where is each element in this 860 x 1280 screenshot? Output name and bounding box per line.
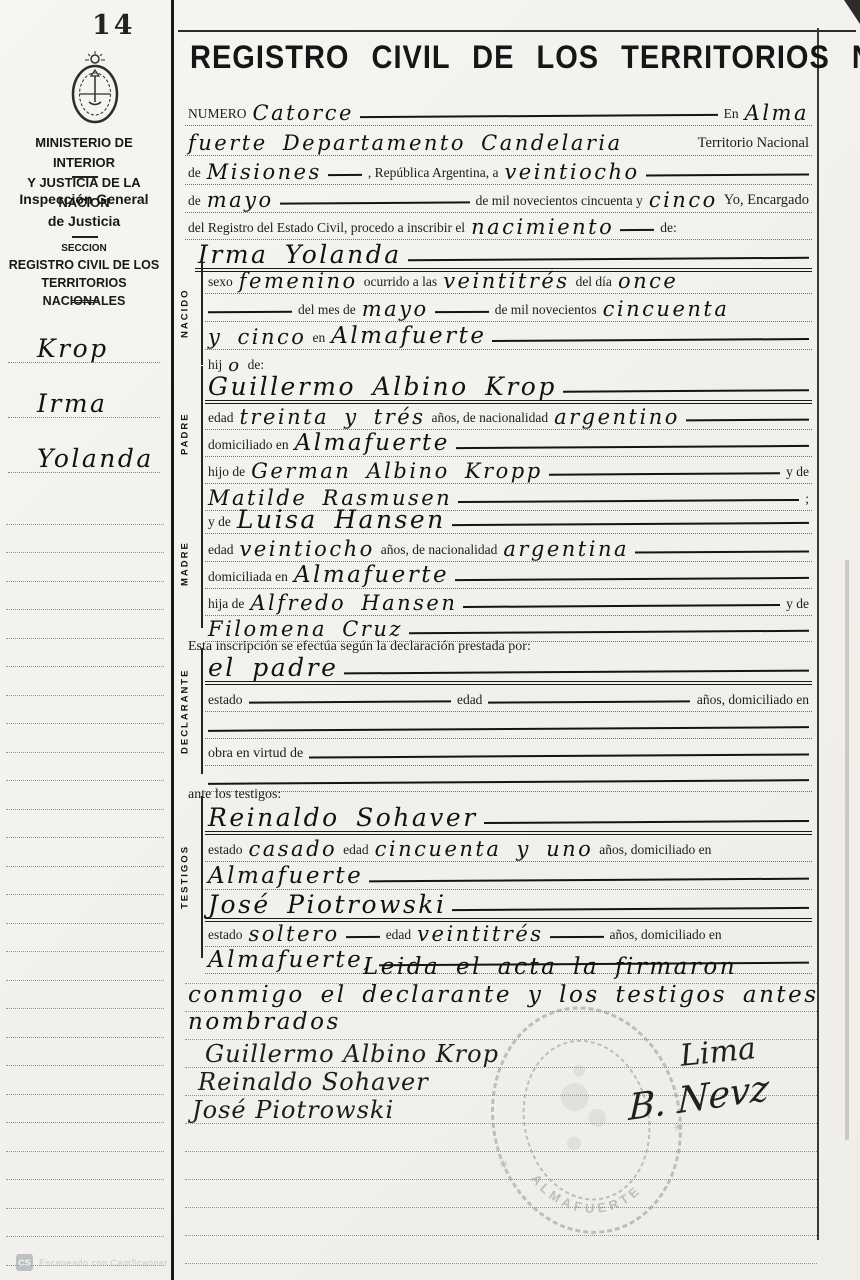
hand-dash: [449, 503, 812, 533]
section-label-testigos: TESTIGOS: [172, 796, 198, 958]
scan-corner-artifact: [844, 0, 860, 24]
section-label-madre: MADRE: [172, 500, 198, 628]
row-numero: NUMERO Catorce En Alma: [185, 95, 812, 126]
signature-right-1: Lima: [678, 1031, 757, 1074]
declarante-value: el padre: [205, 655, 341, 681]
numero-value: Catorce: [250, 103, 357, 125]
date-day-value: veintiocho: [501, 162, 642, 184]
row-sexo: sexo femenino ocurrido a las veintitrés …: [205, 263, 812, 294]
row-testigo1-nombre: Reinaldo Sohaver: [205, 797, 812, 835]
hand-dash: [246, 681, 454, 711]
testigo1-estado-value: casado: [246, 839, 341, 861]
inspeccion-line1: Inspección General: [4, 188, 164, 210]
section-bracket: [201, 648, 203, 774]
row-departamento: fuerte Departamento Candelaria Territori…: [185, 125, 812, 156]
hand-dash: [485, 681, 693, 711]
section-bracket: [201, 500, 203, 628]
hand-dash: [432, 291, 492, 321]
sidebar-divider: [72, 236, 98, 238]
row-testigo1-estado: estado casado edad cincuenta y uno años,…: [205, 831, 812, 862]
madre-nombre-value: Luisa Hansen: [234, 507, 449, 533]
sidebar-divider: [72, 176, 98, 178]
hand-dash: [489, 319, 812, 349]
scanner-watermark: CS Escaneado con CamScanner: [16, 1254, 168, 1271]
hand-dash: [343, 916, 383, 946]
inspeccion-line2: de Justicia: [4, 210, 164, 232]
place-value-part2: fuerte Departamento Candelaria: [185, 133, 626, 155]
hand-dash: [632, 531, 812, 561]
hand-dash: [481, 797, 812, 831]
right-border-line: [817, 28, 819, 1240]
hora-value: veintitrés: [440, 271, 572, 293]
left-column-divider: [171, 0, 174, 1280]
padre-nombre-value: Guillermo Albino Krop: [205, 374, 560, 400]
margin-surname: Krop: [34, 336, 112, 362]
margin-given-name1: Irma: [34, 391, 110, 417]
birth-certificate-scan: 14 MINISTERIO DE INTERIOR Y JUSTICIA DE …: [0, 0, 860, 1280]
territorio-value: Misiones: [204, 162, 325, 184]
scan-edge-streak: [845, 560, 849, 1140]
hand-dash: [643, 154, 812, 184]
testigo1-nombre-value: Reinaldo Sohaver: [205, 805, 481, 831]
signature-testigo2: José Piotrowski: [192, 1096, 394, 1124]
hand-dash: [547, 916, 607, 946]
testigo2-nombre-value: José Piotrowski: [205, 892, 449, 918]
coat-of-arms-icon: [58, 50, 132, 130]
form-title: REGISTRO CIVIL DE LOS TERRITORIOS NACION…: [190, 40, 814, 77]
hand-dash: [560, 366, 812, 400]
hand-dash: [325, 154, 365, 184]
section-label-nacido: NACIDO: [172, 262, 198, 365]
seccion-line1: REGISTRO CIVIL DE LOS: [4, 256, 164, 274]
hand-dash: [357, 95, 721, 125]
hand-dash: [452, 558, 812, 588]
closing-line1: Leida el acta la firmaron: [360, 954, 740, 981]
stamp-text: ALMAFUERTE: [527, 1151, 648, 1229]
margin-given-name2: Yolanda: [34, 446, 157, 472]
stamp-star-left: ✳: [498, 1156, 511, 1172]
seccion-label: SECCION: [4, 243, 164, 254]
territorio-label: Territorio Nacional: [695, 135, 812, 155]
row-madre-nombre: y de Luisa Hansen: [205, 503, 812, 534]
section-label-declarante: DECLARANTE: [172, 648, 198, 774]
hand-dash: [546, 453, 783, 483]
top-border-line: [178, 30, 856, 32]
mes-value: mayo: [359, 299, 432, 321]
section-label-padre: PADRE: [172, 366, 198, 502]
testigo1-edad-value: cincuenta y uno: [372, 839, 597, 861]
svg-text:ALMAFUERTE: ALMAFUERTE: [527, 1151, 648, 1229]
section-bracket: [201, 366, 203, 502]
sidebar-ruled-lines: [6, 496, 164, 1266]
hand-dash: [683, 399, 812, 429]
numero-label: NUMERO: [185, 106, 250, 125]
scanner-badge-icon: CS: [16, 1254, 33, 1271]
closing-line3: nombrados: [185, 1009, 344, 1036]
sexo-value: femenino: [236, 271, 361, 293]
en-label: En: [721, 106, 742, 125]
scanner-watermark-text: Escaneado con CamScanner: [39, 1258, 168, 1268]
page-number: 14: [92, 10, 136, 41]
anio-value1: cincuenta: [600, 299, 733, 321]
oval-stamp: ALMAFUERTE ✳ ✳: [447, 978, 728, 1267]
hand-dash: [205, 708, 812, 738]
dia-value: once: [615, 271, 681, 293]
ministry-title-line1: MINISTERIO DE INTERIOR: [4, 133, 164, 173]
section-bracket: [201, 262, 203, 365]
hand-dash: [453, 426, 812, 456]
section-bracket: [201, 796, 203, 958]
sidebar-divider: [72, 300, 98, 303]
seccion-line2: TERRITORIOS NACIONALES: [4, 274, 164, 310]
row-territorio: de Misiones , República Argentina, a vei…: [185, 154, 812, 185]
hand-dash: [341, 648, 812, 681]
hand-dash: [205, 291, 295, 321]
closing-line2: conmigo el declarante y los testigos ant…: [185, 982, 822, 1009]
row-declarante-valor: el padre: [205, 648, 812, 685]
hand-dash: [449, 885, 812, 918]
signature-padre: Guillermo Albino Krop: [205, 1040, 499, 1068]
signature-testigo1: Reinaldo Sohaver: [198, 1068, 429, 1096]
hand-dash: [277, 182, 473, 212]
place-value-part1: Alma: [742, 103, 812, 125]
row-mes: del mes de mayo de mil novecientos cincu…: [205, 291, 812, 322]
